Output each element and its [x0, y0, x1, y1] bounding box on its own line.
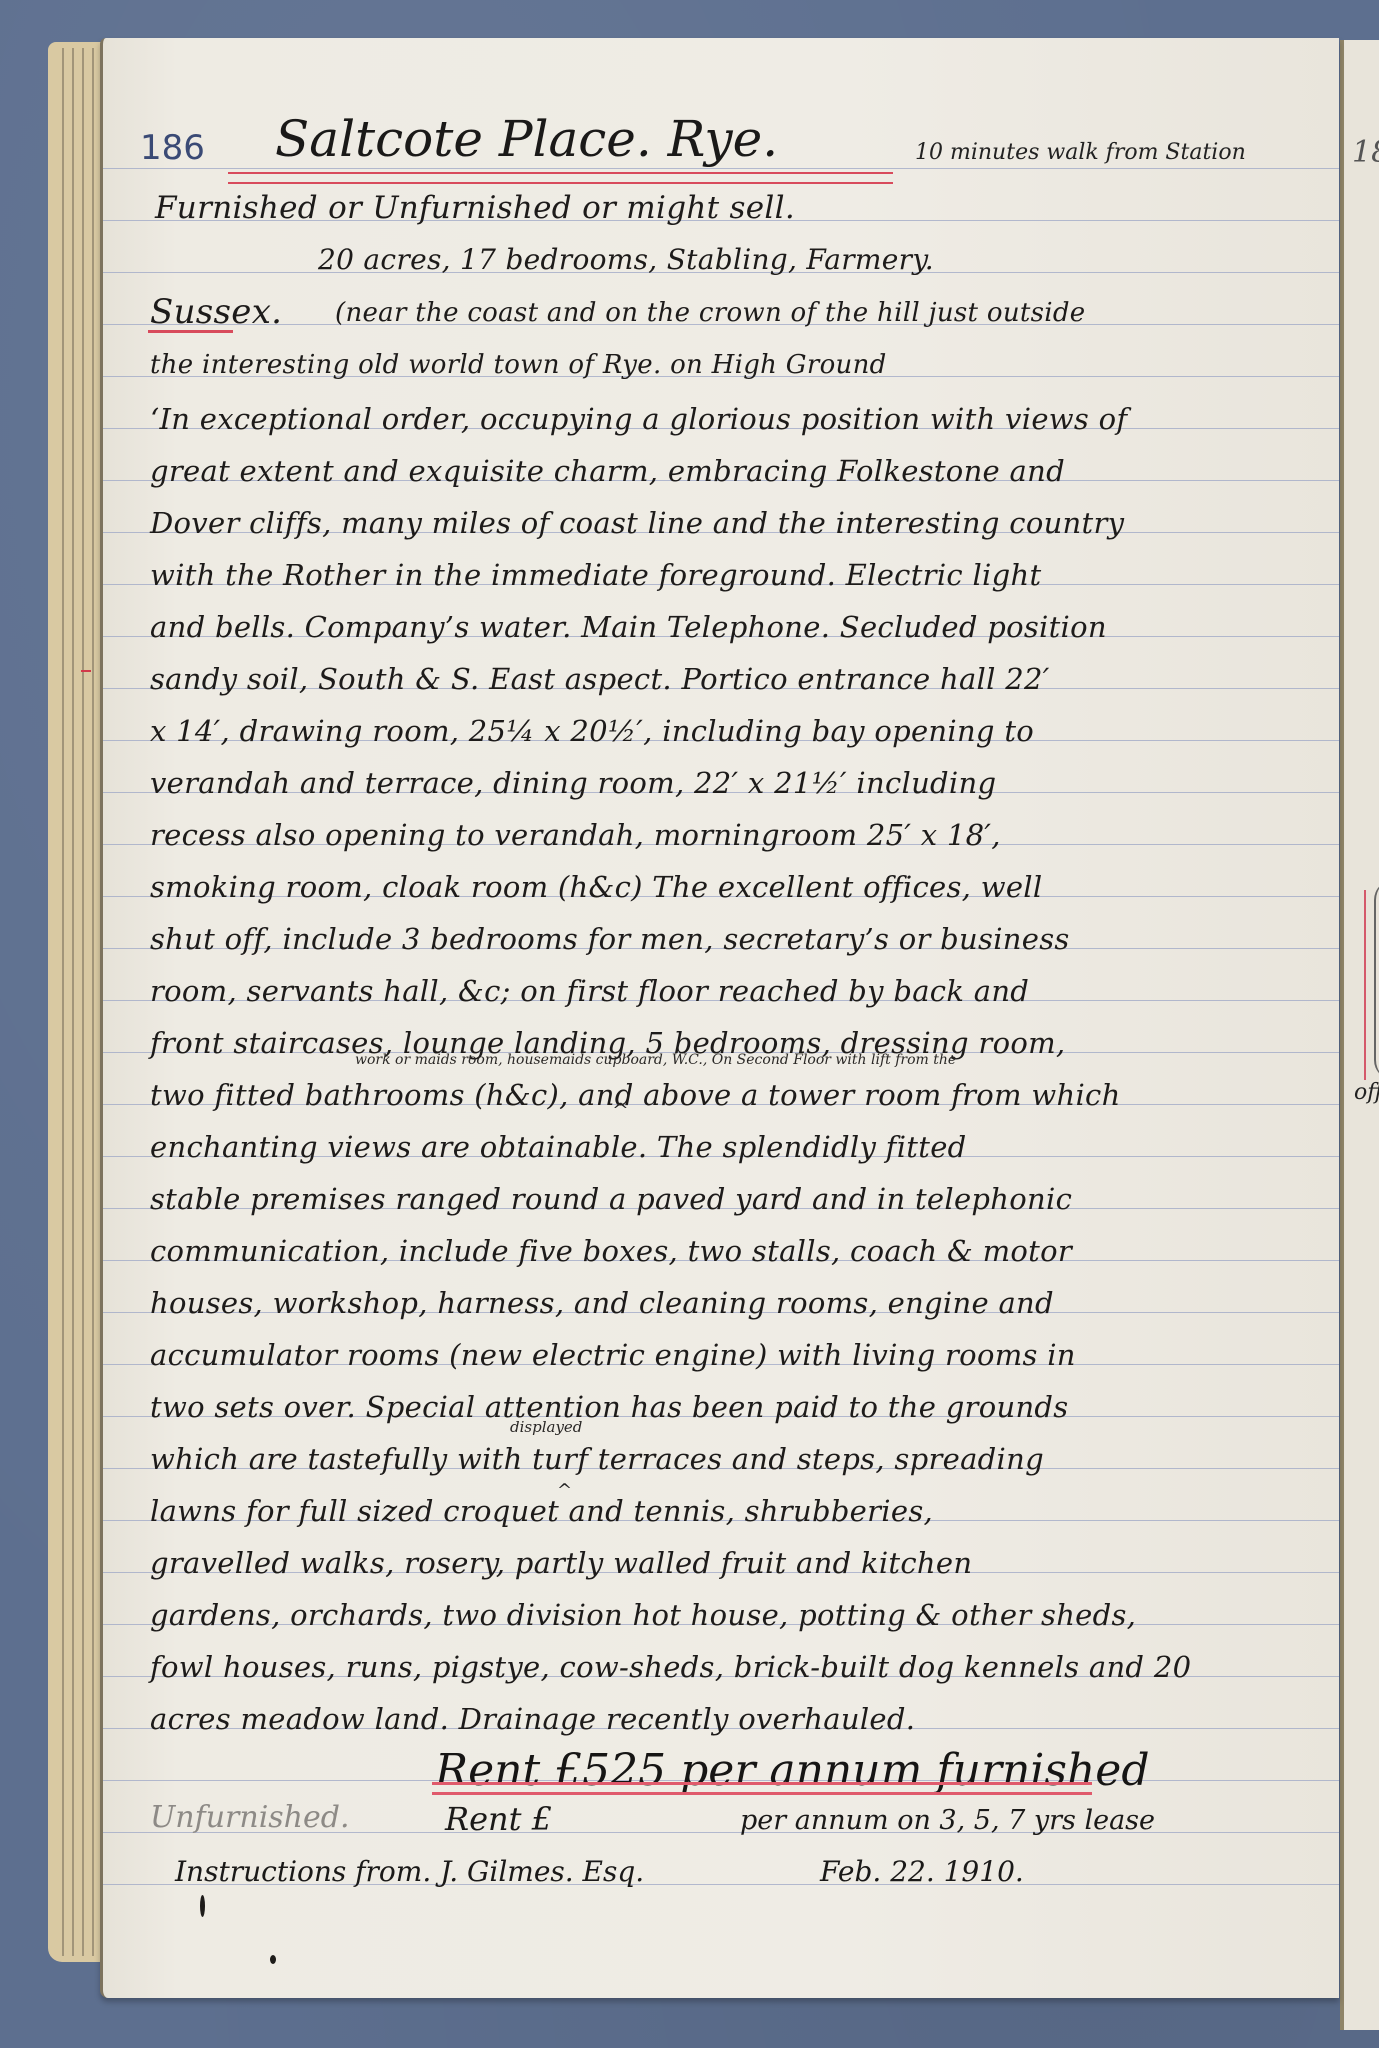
rent-red-underline — [432, 1782, 1092, 1795]
body-line: verandah and terrace, dining room, 22′ x… — [150, 766, 996, 800]
lease-terms: per annum on 3, 5, 7 yrs lease — [740, 1805, 1155, 1836]
facing-page-annotation: off — [1354, 1080, 1379, 1105]
leaf-edge — [82, 48, 84, 1956]
body-line: the interesting old world town of Rye. o… — [150, 350, 887, 380]
body-line: recess also opening to verandah, morning… — [150, 818, 1001, 852]
body-line: lawns for full sized croquet and tennis,… — [150, 1494, 933, 1528]
body-line: houses, workshop, harness, and cleaning … — [150, 1286, 1054, 1320]
body-line: two sets over. Special attention has bee… — [150, 1390, 1068, 1424]
rule-line — [103, 168, 1339, 169]
page-number: 186 — [140, 128, 205, 168]
margin-red-tick — [81, 670, 91, 672]
facing-page-sketch — [1374, 880, 1379, 1080]
county-red-underline — [148, 330, 233, 333]
body-line: which are tastefully with turf terraces … — [150, 1442, 1044, 1476]
body-line: fowl houses, runs, pigstye, cow-sheds, b… — [150, 1650, 1191, 1684]
county-label: Sussex. — [150, 292, 282, 332]
title-red-underline — [228, 172, 893, 184]
body-line: ‘In exceptional order, occupying a glori… — [150, 402, 1127, 436]
leaf-edge — [92, 48, 94, 1956]
body-line: Dover cliffs, many miles of coast line a… — [150, 506, 1124, 540]
interlinear-insertion: work or maids room, housemaids cupboard,… — [355, 1052, 956, 1068]
entry-date: Feb. 22. 1910. — [820, 1855, 1024, 1888]
body-line: enchanting views are obtainable. The spl… — [150, 1130, 967, 1164]
facing-page-number: 18 — [1352, 135, 1379, 170]
body-line: accumulator rooms (new electric engine) … — [150, 1338, 1076, 1372]
distance-note: 10 minutes walk from Station — [915, 140, 1246, 165]
leaf-edge — [72, 48, 74, 1956]
body-line: shut off, include 3 bedrooms for men, se… — [150, 922, 1070, 956]
summary-line: 20 acres, 17 bedrooms, Stabling, Farmery… — [318, 243, 934, 276]
interlinear-insertion: displayed — [510, 1418, 582, 1436]
rent-unfurnished: Rent £ — [445, 1800, 552, 1838]
unfurnished-label: Unfurnished. — [150, 1800, 350, 1835]
instructions-from: Instructions from. J. Gilmes. Esq. — [175, 1855, 644, 1888]
leaf-edge — [62, 48, 64, 1956]
body-line: gravelled walks, rosery, partly walled f… — [150, 1546, 972, 1580]
body-line: two fitted bathrooms (h&c), and above a … — [150, 1078, 1121, 1112]
body-line: x 14′, drawing room, 25¼ x 20½′, includi… — [150, 714, 1034, 748]
body-line: with the Rother in the immediate foregro… — [150, 558, 1041, 592]
facing-page-red-mark — [1364, 890, 1366, 1080]
property-title: Saltcote Place. Rye. — [275, 110, 778, 168]
facing-page-sliver: 18 off — [1340, 40, 1379, 2030]
body-line: sandy soil, South & S. East aspect. Port… — [150, 662, 1050, 696]
ink-mark — [270, 1955, 276, 1964]
body-line: acres meadow land. Drainage recently ove… — [150, 1702, 915, 1736]
body-line: (near the coast and on the crown of the … — [335, 298, 1086, 328]
body-line: gardens, orchards, two division hot hous… — [150, 1598, 1136, 1632]
availability-line: Furnished or Unfurnished or might sell. — [155, 190, 795, 226]
body-line: smoking room, cloak room (h&c) The excel… — [150, 870, 1042, 904]
body-line: communication, include five boxes, two s… — [150, 1234, 1072, 1268]
body-line: and bells. Company’s water. Main Telepho… — [150, 610, 1107, 644]
insertion-caret: ^ — [612, 1098, 629, 1122]
body-line: stable premises ranged round a paved yar… — [150, 1182, 1072, 1216]
body-line: room, servants hall, &c; on first floor … — [150, 974, 1029, 1008]
ink-mark — [200, 1895, 205, 1917]
body-line: great extent and exquisite charm, embrac… — [150, 454, 1065, 488]
